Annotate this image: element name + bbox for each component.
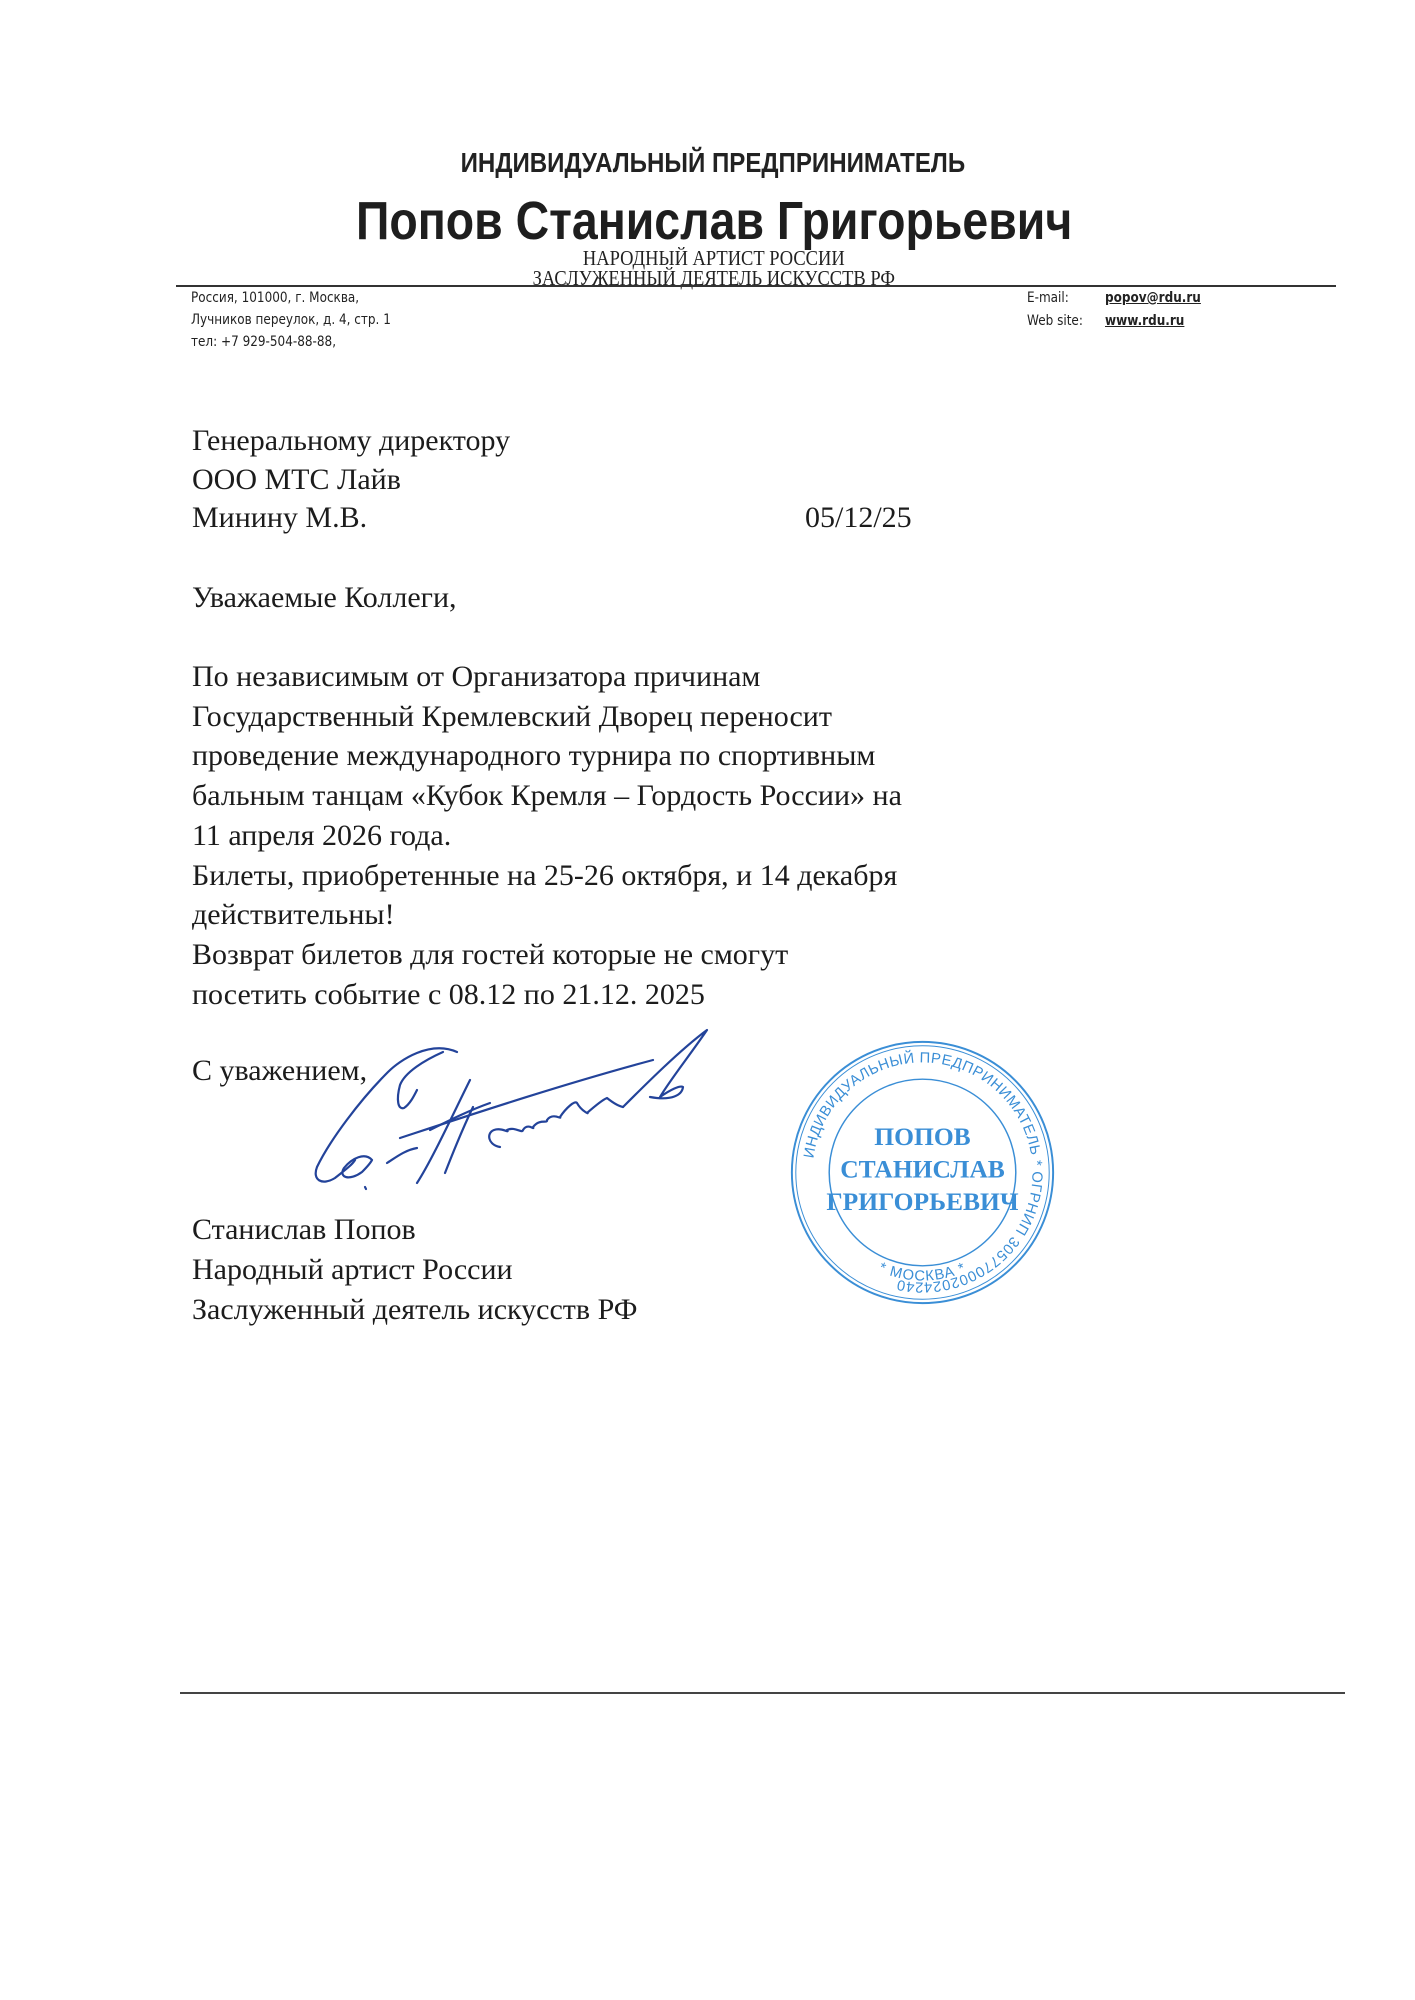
letter-date: 05/12/25: [805, 503, 912, 533]
closing: С уважением,: [192, 1056, 367, 1086]
footer-divider: [180, 1692, 1345, 1694]
email-label: E-mail:: [1027, 290, 1069, 306]
body-line: действительны!: [192, 900, 395, 930]
recipient-line: ООО МТС Лайв: [192, 465, 401, 495]
address-line-1: Россия, 101000, г. Москва,: [191, 290, 359, 306]
salutation: Уважаемые Коллеги,: [192, 583, 457, 613]
body-line: бальным танцам «Кубок Кремля – Гордость …: [192, 781, 902, 811]
body-line: посетить событие с 08.12 по 21.12. 2025: [192, 980, 705, 1010]
recipient-line: Генеральному директору: [192, 426, 510, 456]
website-link[interactable]: www.rdu.ru: [1105, 313, 1184, 329]
signatory-line: Народный артист России: [192, 1255, 513, 1285]
company-seal-stamp: ИНДИВИДУАЛЬНЫЙ ПРЕДПРИНИМАТЕЛЬ * ОГРНИП …: [785, 1035, 1060, 1310]
website-label: Web site:: [1027, 313, 1083, 329]
letterhead-divider: [176, 285, 1336, 287]
address-phone: тел: +7 929-504-88-88,: [191, 334, 336, 350]
letterhead-name: Попов Станислав Григорьевич: [106, 190, 1323, 252]
signatory-line: Станислав Попов: [192, 1215, 416, 1245]
email-link[interactable]: popov@rdu.ru: [1105, 290, 1201, 306]
body-line: 11 апреля 2026 года.: [192, 821, 451, 851]
stamp-center-line-2: СТАНИСЛАВ: [840, 1154, 1005, 1183]
letterhead-title-2: ЗАСЛУЖЕННЫЙ ДЕЯТЕЛЬ ИСКУССТВ РФ: [91, 266, 1336, 291]
body-line: По независимым от Организатора причинам: [192, 662, 760, 692]
body-line: Возврат билетов для гостей которые не см…: [192, 940, 788, 970]
recipient-line: Минину М.В.: [192, 503, 367, 533]
body-line: проведение международного турнира по спо…: [192, 741, 875, 771]
address-line-2: Лучников переулок, д. 4, стр. 1: [191, 312, 391, 328]
signatory-line: Заслуженный деятель искусств РФ: [192, 1295, 637, 1325]
stamp-center-line-1: ПОПОВ: [874, 1122, 970, 1151]
body-line: Билеты, приобретенные на 25-26 октября, …: [192, 861, 897, 891]
stamp-center-line-3: ГРИГОРЬЕВИЧ: [826, 1187, 1018, 1216]
letterhead-caption: ИНДИВИДУАЛЬНЫЙ ПРЕДПРИНИМАТЕЛЬ: [104, 147, 1321, 179]
body-line: Государственный Кремлевский Дворец перен…: [192, 702, 832, 732]
